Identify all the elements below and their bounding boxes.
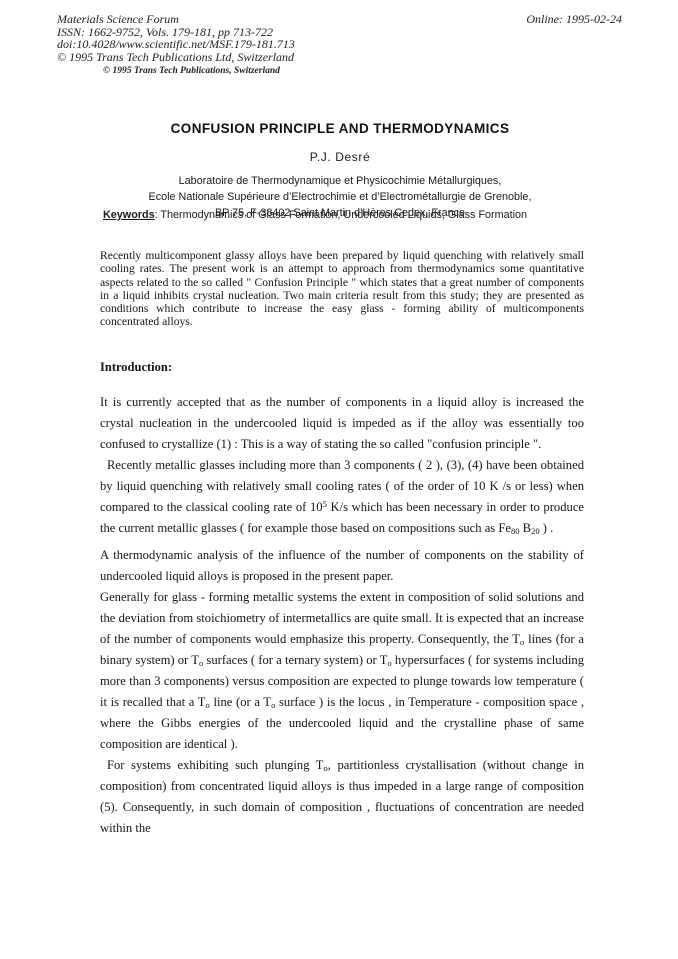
- paragraph: Recently metallic glasses including more…: [100, 455, 584, 539]
- paper-page: Materials Science Forum ISSN: 1662-9752,…: [0, 0, 678, 959]
- keywords-text: : Thermodynamics of Glass Formation, Und…: [155, 209, 527, 221]
- publisher-stamp: © 1995 Trans Tech Publications, Switzerl…: [103, 66, 280, 76]
- section-heading-introduction: Introduction:: [100, 360, 172, 375]
- author-name: P.J. Desré: [90, 150, 590, 164]
- paragraph: It is currently accepted that as the num…: [100, 392, 584, 455]
- copyright-line: © 1995 Trans Tech Publications Ltd, Swit…: [57, 51, 295, 64]
- paragraph: For systems exhibiting such plunging To,…: [100, 755, 584, 839]
- paragraph: Generally for glass - forming metallic s…: [100, 587, 584, 755]
- title-block: CONFUSION PRINCIPLE AND THERMODYNAMICS P…: [90, 121, 590, 221]
- keywords-line: Keywords: Thermodynamics of Glass Format…: [103, 209, 585, 221]
- paper-title: CONFUSION PRINCIPLE AND THERMODYNAMICS: [90, 121, 590, 136]
- affiliation-line: Laboratoire de Thermodynamique et Physic…: [90, 173, 590, 189]
- keywords-label: Keywords: [103, 209, 155, 221]
- journal-title: Materials Science Forum: [57, 13, 295, 26]
- journal-header: Materials Science Forum ISSN: 1662-9752,…: [57, 13, 622, 63]
- online-date: Online: 1995-02-24: [526, 13, 622, 26]
- abstract-text: Recently multicomponent glassy alloys ha…: [100, 249, 584, 329]
- introduction-body: It is currently accepted that as the num…: [100, 392, 584, 839]
- doi-line: doi:10.4028/www.scientific.net/MSF.179-1…: [57, 38, 295, 51]
- journal-metadata: Materials Science Forum ISSN: 1662-9752,…: [57, 13, 295, 63]
- affiliation-line: Ecole Nationale Supérieure d’Electrochim…: [90, 189, 590, 205]
- paragraph: A thermodynamic analysis of the influenc…: [100, 545, 584, 587]
